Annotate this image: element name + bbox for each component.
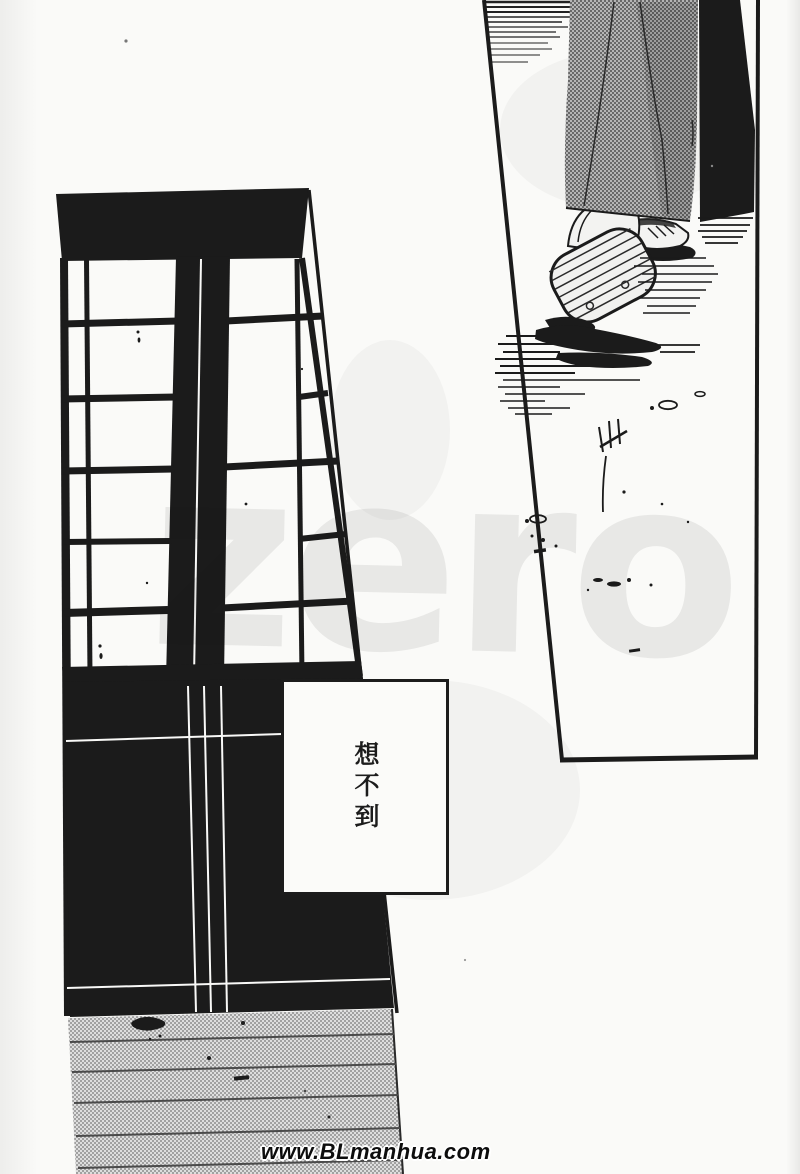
- trousers: [565, 0, 698, 221]
- door-header-band: [56, 188, 309, 261]
- manga-artwork: [0, 0, 800, 1174]
- speech-bubble: 想不到: [281, 679, 449, 895]
- speech-text: 想不到: [347, 741, 383, 834]
- site-url: www.BLmanhua.com: [261, 1139, 491, 1165]
- panel-border-right: [756, 0, 758, 758]
- manga-page: 想不到 zero www.BLmanhua.com: [0, 0, 800, 1174]
- panel-border-bottom: [560, 757, 758, 760]
